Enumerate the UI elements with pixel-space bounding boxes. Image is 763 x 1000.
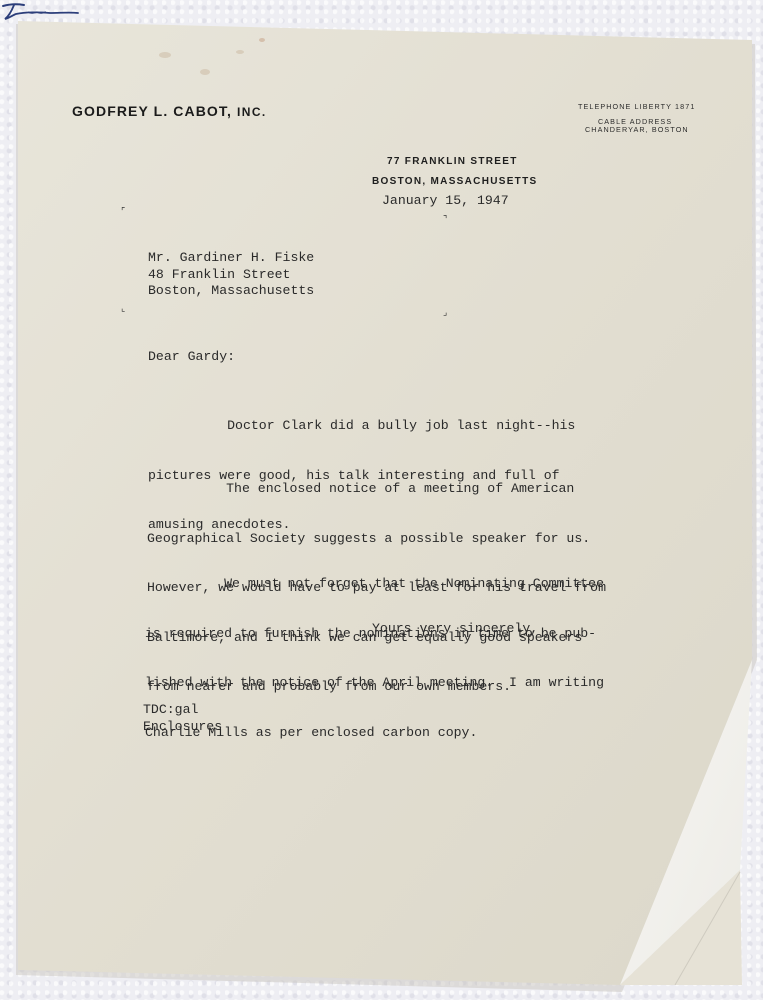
recipient-name: Mr. Gardiner H. Fiske <box>148 250 314 267</box>
telephone: TELEPHONE LIBERTY 1871 <box>578 102 695 111</box>
corner-mark-bottom-left: ⌞ <box>121 304 125 314</box>
company-name-text: GODFREY L. CABOT, <box>72 103 232 119</box>
closing: Yours very sincerely, <box>372 621 538 638</box>
enclosures-note: Enclosures <box>143 719 222 736</box>
paragraph-line: We must not forget that the Nominating C… <box>145 576 604 593</box>
signature-icon <box>0 0 85 24</box>
corner-mark-top-left: ⌜ <box>121 207 125 217</box>
recipient-street: 48 Franklin Street <box>148 267 314 284</box>
corner-mark-bottom-right: ⌟ <box>443 308 447 318</box>
city-address: BOSTON, MASSACHUSETTS <box>372 176 537 187</box>
street-address: 77 FRANKLIN STREET <box>387 156 518 167</box>
paragraph-line: The enclosed notice of a meeting of Amer… <box>147 481 606 498</box>
reference-initials: TDC:gal <box>143 702 198 719</box>
company-name: GODFREY L. CABOT, INC. <box>72 103 267 119</box>
salutation: Dear Gardy: <box>148 349 235 366</box>
paragraph-line: Doctor Clark did a bully job last night-… <box>148 418 575 435</box>
paragraph-line: lished with the notice of the April meet… <box>145 675 604 692</box>
cable-address-value: CHANDERYAR, BOSTON <box>585 125 689 134</box>
recipient-block: Mr. Gardiner H. Fiske 48 Franklin Street… <box>148 250 314 300</box>
corner-mark-top-right: ⌝ <box>443 215 447 225</box>
letter-sheet: GODFREY L. CABOT, INC. TELEPHONE LIBERTY… <box>0 0 763 1000</box>
recipient-city: Boston, Massachusetts <box>148 283 314 300</box>
paragraph-3: We must not forget that the Nominating C… <box>145 543 604 774</box>
company-suffix: INC. <box>237 105 267 119</box>
letter-date: January 15, 1947 <box>382 193 509 210</box>
